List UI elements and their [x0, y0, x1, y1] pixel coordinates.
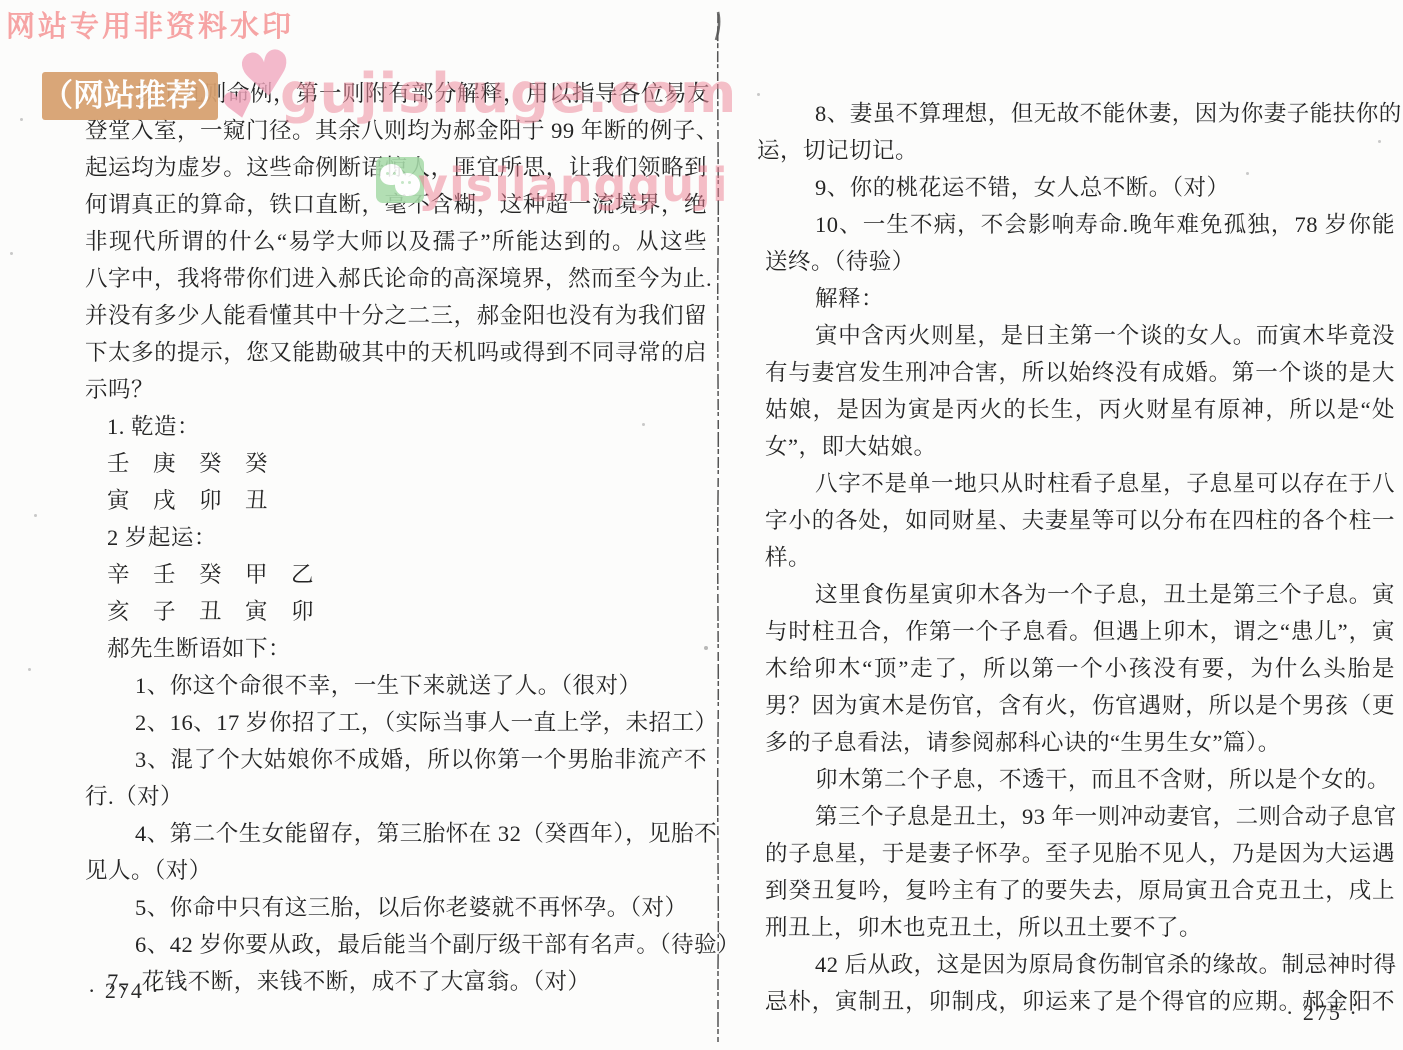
- left-page-text: 以下九则命例，第一则附有部分解释，用以指导各位易友登堂入室，一窥门径。其余八则均…: [85, 75, 707, 1000]
- text-line: 何谓真正的算命，铁口直断，毫不含糊，这种超一流境界，绝: [85, 186, 707, 223]
- text-line: 这里食伤星寅卯木各为一个子息，丑土是第三个子息。寅: [765, 576, 1395, 613]
- left-page-number: · 274 ·: [88, 978, 161, 1004]
- text-line: 6、42 岁你要从政，最后能当个副厅级干部有名声。（待验）: [85, 926, 707, 963]
- text-line: 刑丑上，卯木也克丑土，所以丑土要不了。: [765, 909, 1395, 946]
- text-line: 辛 壬 癸 甲 乙: [85, 556, 707, 593]
- scan-speck: [20, 118, 23, 121]
- text-line: 有与妻宫发生刑冲合害，所以始终没有成婚。第一个谈的是大: [765, 354, 1395, 391]
- text-line: 42 后从政，这是因为原局食伤制官杀的缘故。制忌神时得: [765, 946, 1395, 983]
- text-line: 姑娘，是因为寅是丙火的长生，丙火财星有原神，所以是“处: [765, 391, 1395, 428]
- text-line: 亥 子 丑 寅 卯: [85, 593, 707, 630]
- scan-speck: [1240, 586, 1243, 589]
- text-line: 寅中含丙火则星，是日主第一个谈的女人。而寅木毕竟没: [765, 317, 1395, 354]
- text-line: 3、混了个大姑娘你不成婚，所以你第一个男胎非流产不: [85, 741, 707, 778]
- text-line: 送终。（待验）: [765, 243, 1395, 280]
- text-line: 样。: [765, 539, 1395, 576]
- text-line: 以下九则命例，第一则附有部分解释，用以指导各位易友: [85, 75, 707, 112]
- text-line: 运，切记切记。: [757, 132, 1395, 169]
- text-line: 见人。（对）: [85, 852, 707, 889]
- scan-speck: [1378, 140, 1381, 143]
- text-line: 1、你这个命很不幸，一生下来就送了人。（很对）: [85, 667, 707, 704]
- text-line: 10、一生不病，不会影响寿命.晚年难免孤独，78 岁你能: [765, 206, 1395, 243]
- text-line: 壬 庚 癸 癸: [85, 445, 707, 482]
- text-line: 卯木第二个子息，不透干，而且不含财，所以是个女的。: [765, 761, 1395, 798]
- text-line: 并没有多少人能看懂其中十分之二三，郝金阳也没有为我们留: [85, 297, 707, 334]
- book-spine-line: [710, 8, 726, 1046]
- text-line: 非现代所谓的什么“易学大师以及孺子”所能达到的。从这些: [85, 223, 707, 260]
- right-page-number: · 275 ·: [1286, 1000, 1359, 1026]
- text-line: 郝先生断语如下：: [85, 630, 707, 667]
- scanned-book-spread: 以下九则命例，第一则附有部分解释，用以指导各位易友登堂入室，一窥门径。其余八则均…: [0, 0, 1403, 1050]
- scan-speck: [1246, 172, 1249, 175]
- text-line: 八字中，我将带你们进入郝氏论命的高深境界，然而至今为止.: [85, 260, 707, 297]
- text-line: 女”，即大姑娘。: [765, 428, 1395, 465]
- text-line: 多的子息看法，请参阅郝科心诀的“生男生女”篇）。: [765, 724, 1395, 761]
- text-line: 寅 戌 卯 丑: [85, 482, 707, 519]
- text-line: 8、妻虽不算理想，但无故不能休妻，因为你妻子能扶你的: [765, 95, 1395, 132]
- scan-speck: [757, 93, 760, 96]
- text-line: 起运均为虚岁。这些命例断语惊人，匪宜所思，让我们领略到: [85, 149, 707, 186]
- text-line: 下太多的提示，您又能勘破其中的天机吗或得到不同寻常的启: [85, 334, 707, 371]
- text-line: 登堂入室，一窥门径。其余八则均为郝金阳于 99 年断的例子、: [85, 112, 707, 149]
- text-line: 的子息星，于是妻子怀孕。至子见胎不见人，乃是因为大运遇: [765, 835, 1395, 872]
- scan-speck: [10, 252, 13, 255]
- text-line: 1. 乾造：: [85, 408, 707, 445]
- text-line: 4、第二个生女能留存，第三胎怀在 32（癸酉年），见胎不: [85, 815, 707, 852]
- scan-speck: [28, 668, 31, 671]
- text-line: 行.（对）: [85, 778, 707, 815]
- text-line: 木给卯木“顶”走了，所以第一个小孩没有要，为什么头胎是: [765, 650, 1395, 687]
- text-line: 2 岁起运：: [85, 519, 707, 556]
- scan-speck: [34, 514, 37, 517]
- text-line: 第三个子息是丑土，93 年一则冲动妻官，二则合动子息官: [765, 798, 1395, 835]
- text-line: 与时柱丑合，作第一个子息看。但遇上卯木，谓之“患儿”，寅: [765, 613, 1395, 650]
- text-line: 字小的各处，如同财星、夫妻星等可以分布在四柱的各个柱一: [765, 502, 1395, 539]
- text-line: 男？因为寅木是伤官，含有火，伤官遇财，所以是个男孩（更: [765, 687, 1395, 724]
- right-page-text: 8、妻虽不算理想，但无故不能休妻，因为你妻子能扶你的运，切记切记。9、你的桃花运…: [765, 95, 1395, 1020]
- text-line: 9、你的桃花运不错，女人总不断。（对）: [765, 169, 1395, 206]
- text-line: 解释：: [765, 280, 1395, 317]
- scan-speck: [642, 423, 645, 426]
- text-line: 八字不是单一地只从时柱看子息星，子息星可以存在于八: [765, 465, 1395, 502]
- text-line: 5、你命中只有这三胎，以后你老婆就不再怀孕。（对）: [85, 889, 707, 926]
- text-line: 示吗？: [85, 371, 707, 408]
- scan-speck: [704, 646, 708, 650]
- text-line: 2、16、17 岁你招了工，（实际当事人一直上学，未招工）: [85, 704, 707, 741]
- watermark-top-left: 网站专用非资料水印: [6, 4, 294, 45]
- text-line: 到癸丑复吟，复吟主有了的要失去，原局寅丑合克丑土，戌上: [765, 872, 1395, 909]
- text-line: 7、花钱不断，来钱不断，成不了大富翁。（对）: [85, 963, 707, 1000]
